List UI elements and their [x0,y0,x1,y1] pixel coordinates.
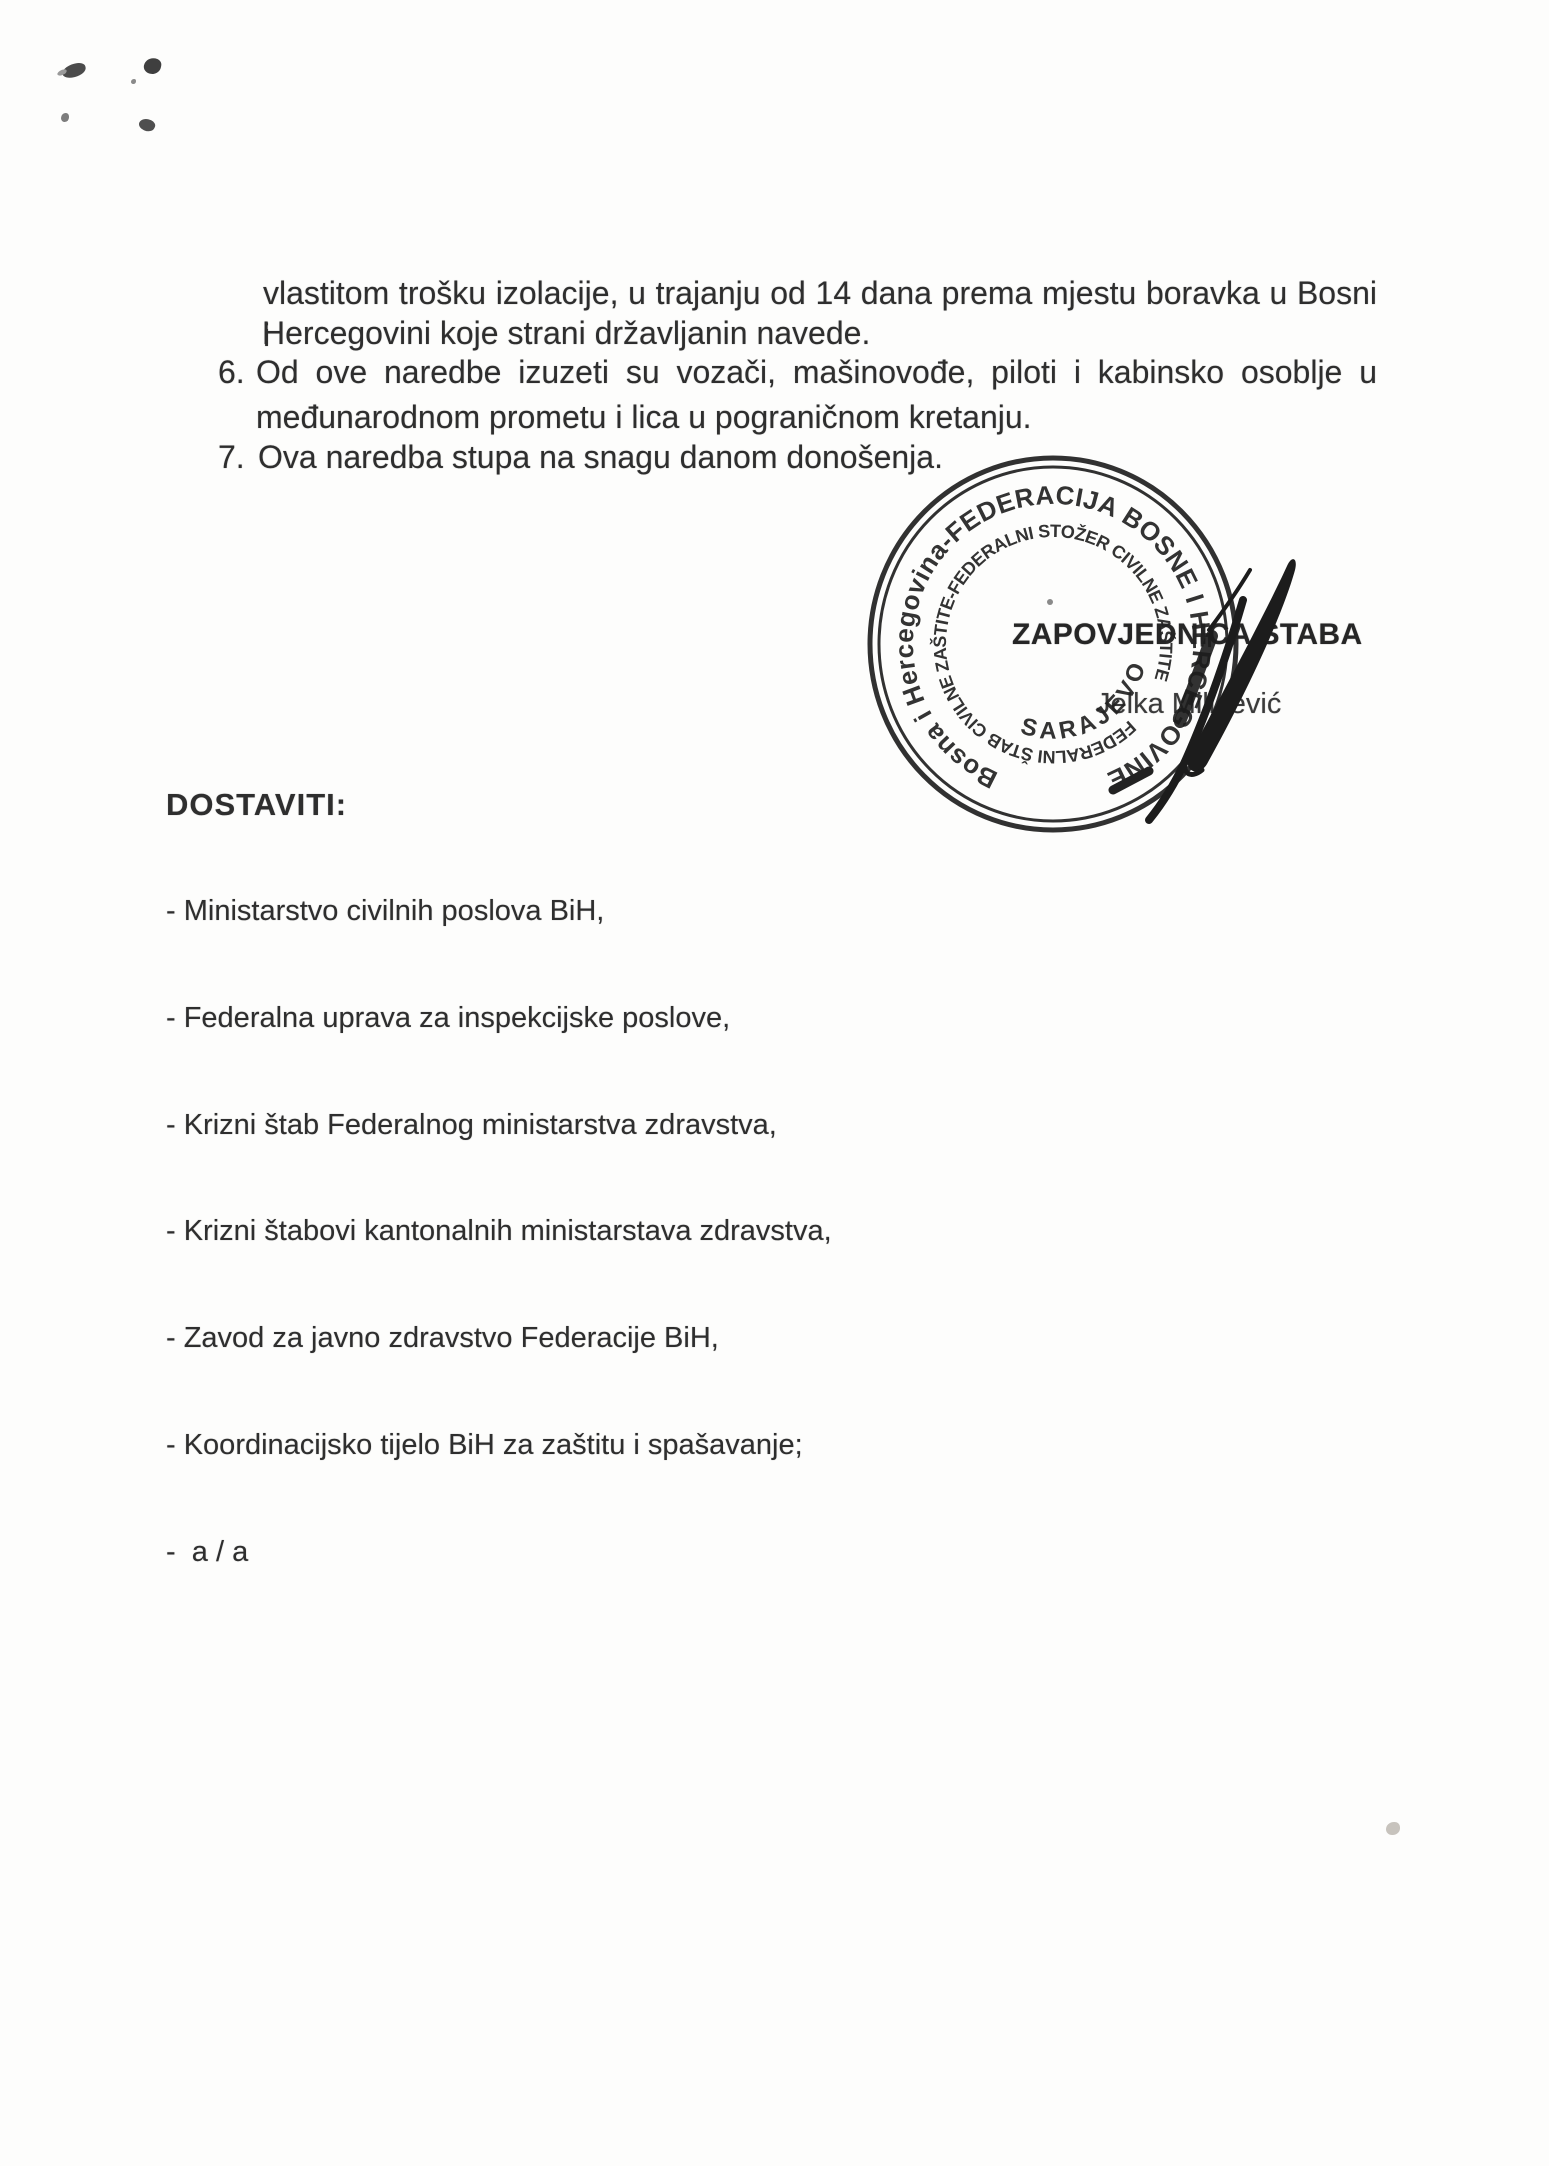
official-round-stamp: Bosna i Hercegovina-FEDERACIJA BOSNE I H… [840,420,1410,890]
scan-speck [143,56,163,75]
distribution-item: - Federalna uprava za inspekcijske poslo… [166,1001,832,1037]
scan-speck [61,113,69,122]
list-item-number: 6. [218,351,245,393]
distribution-list: DOSTAVITI: - Ministarstvo civilnih poslo… [166,716,832,1641]
scan-speck [1386,1822,1400,1835]
distribution-heading: DOSTAVITI: [166,787,832,823]
distribution-item: - Krizni štab Federalnog ministarstva zd… [166,1108,832,1144]
distribution-item: - a / a [166,1535,832,1571]
distribution-item: - Koordinacijsko tijelo BiH za zaštitu i… [166,1428,832,1464]
scan-speck [131,79,136,84]
list-item-number: 7. [218,436,245,478]
scan-dot [1047,599,1053,605]
list-item-text: Od ove naredbe izuzeti su vozači, mašino… [256,351,1377,393]
distribution-item: - Krizni štabovi kantonalnih ministarsta… [166,1214,832,1250]
distribution-item: - Zavod za javno zdravstvo Federacije Bi… [166,1321,832,1357]
scan-speck [137,116,156,133]
scanned-document-page: vlastitom trošku izolacije, u trajanju o… [0,0,1549,2166]
distribution-item: - Ministarstvo civilnih poslova BiH, [166,894,832,930]
paragraph-line: Hercegovini koje strani državljanin nave… [262,312,1376,354]
